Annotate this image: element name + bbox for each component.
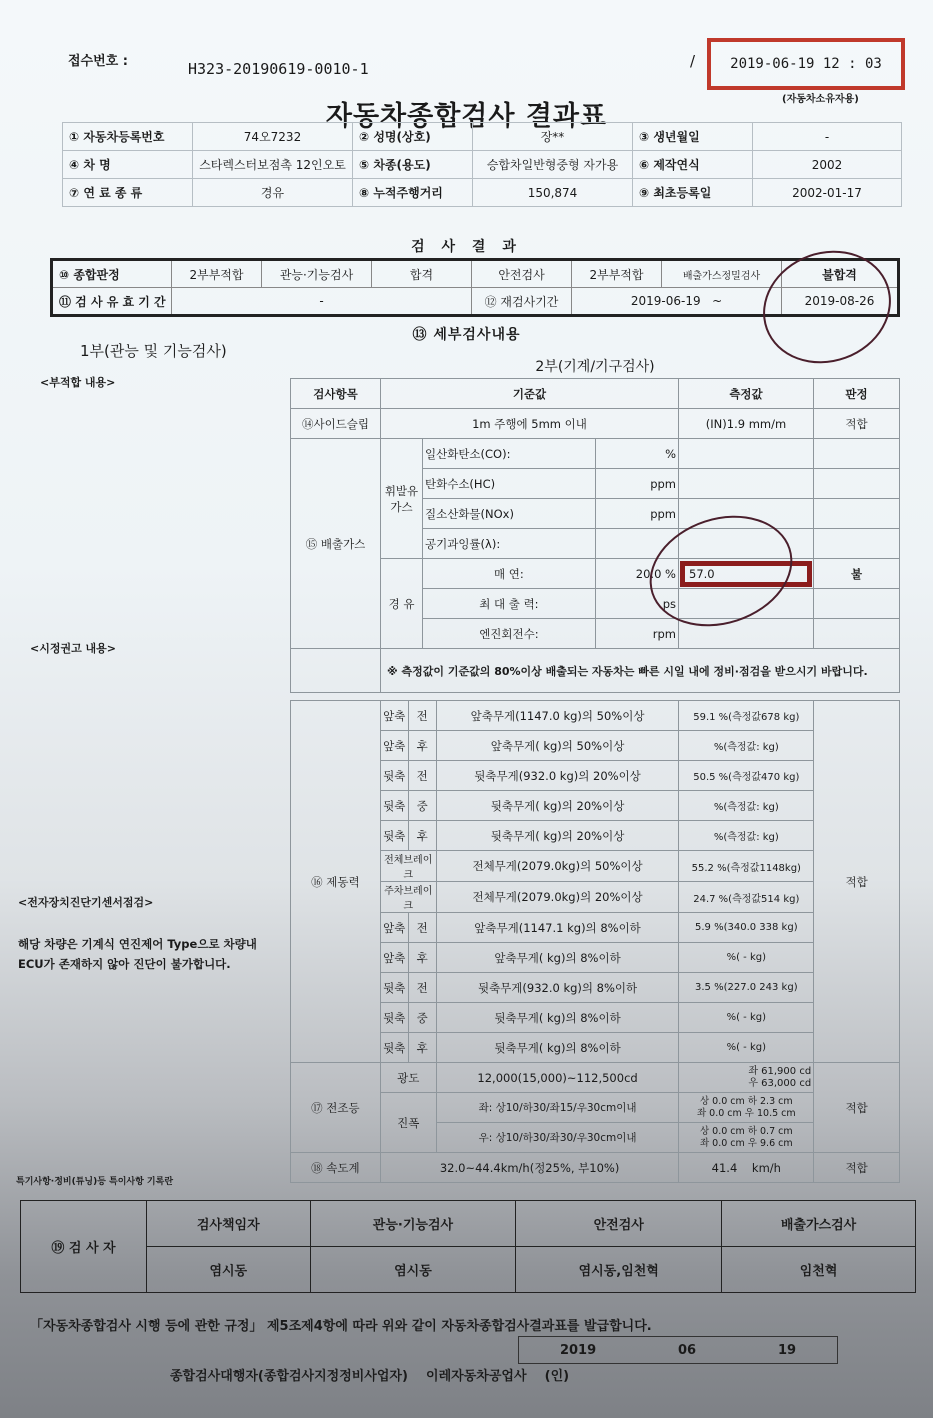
- intensity-standard: 12,000(15,000)~112,500cd: [436, 1063, 679, 1093]
- inspection-result-sheet: 접수번호 : H323-20190619-0010-1 / 2019-06-19…: [0, 0, 933, 1418]
- col-standard: 기준값: [381, 379, 679, 409]
- issue-day: 19: [778, 1343, 796, 1358]
- overall-label: ⑩ 종합판정: [52, 260, 172, 288]
- issuer-title: 종합검사대행자(종합검사지정정비사업자): [170, 1369, 408, 1384]
- part2-inspection-table: 검사항목 기준값 측정값 판정 ⑭사이드슬립 1m 주행에 5mm 이내 (IN…: [290, 378, 900, 693]
- reg-no: 74오7232: [193, 123, 353, 151]
- ecu-text: 해당 차량은 기계식 연진제어 Type으로 차량내 ECU가 존재하지 않아 …: [18, 934, 280, 974]
- inspector-name: 염시동: [147, 1247, 311, 1293]
- reg-no-label: ① 자동차등록번호: [63, 123, 193, 151]
- emission-label: 배출가스정밀검사: [662, 260, 782, 288]
- reinspect-label: ⑫ 재검사기간: [472, 288, 572, 316]
- nonconform-label: <부적합 내용>: [40, 374, 115, 390]
- issue-month: 06: [678, 1343, 696, 1358]
- inspector-name: 염시동: [310, 1247, 516, 1293]
- inspectors-table: ⑲ 검 사 자 검사책임자 관능·기능검사 안전검사 배출가스검사 염시동 염시…: [20, 1200, 916, 1293]
- vehicle-info-table: ① 자동차등록번호 74오7232 ② 성명(상호) 장** ③ 생년월일 - …: [62, 122, 902, 207]
- col-verdict: 판정: [814, 379, 900, 409]
- separator: /: [690, 52, 695, 70]
- side-slip-verdict: 적합: [814, 409, 900, 439]
- speedometer-verdict: 적합: [814, 1153, 900, 1183]
- fuel-label: ⑦ 연 료 종 류: [63, 179, 193, 207]
- seal-mark: (인): [545, 1369, 569, 1384]
- first-reg-label: ⑨ 최초등록일: [633, 179, 753, 207]
- intensity-label: 광도: [380, 1063, 436, 1093]
- diesel-label: 경 유: [381, 559, 423, 649]
- birth: -: [753, 123, 902, 151]
- side-slip-standard: 1m 주행에 5mm 이내: [381, 409, 679, 439]
- speedometer-standard: 32.0~44.4km/h(정25%, 부10%): [380, 1153, 679, 1183]
- first-reg: 2002-01-17: [753, 179, 902, 207]
- receipt-label: 접수번호 :: [68, 50, 128, 69]
- brake-label: ⑯ 제동력: [291, 701, 381, 1063]
- result-section-title: 검 사 결 과: [0, 236, 933, 256]
- receipt-number: H323-20190619-0010-1: [188, 60, 369, 78]
- model-label: ④ 차 명: [63, 151, 193, 179]
- issue-year: 2019: [560, 1343, 596, 1358]
- safety-verdict: 2부부적합: [572, 260, 662, 288]
- aim-left-measured: 상 0.0 cm 하 2.3 cm좌 0.0 cm 우 10.5 cm: [679, 1093, 814, 1123]
- aim-right-measured: 상 0.0 cm 하 0.7 cm좌 0.0 cm 우 9.6 cm: [679, 1123, 814, 1153]
- issue-datetime-highlight: 2019-06-19 12 : 03: [707, 38, 905, 90]
- aim-right-standard: 우: 상10/하30/좌30/우30cm이내: [436, 1123, 679, 1153]
- smoke-verdict: 불: [814, 559, 900, 589]
- functional-label: 관능·기능검사: [262, 260, 372, 288]
- emission-label: ⑮ 배출가스: [291, 439, 381, 649]
- aim-left-standard: 좌: 상10/하30/좌15/우30cm이내: [436, 1093, 679, 1123]
- part1-title: 1부(관능 및 기능검사): [80, 340, 227, 361]
- brake-table: ⑯ 제동력 앞축 전 앞축무게(1147.0 kg)의 50%이상 59.1 %…: [290, 700, 900, 1183]
- validity-label: ⑪ 검 사 유 효 기 간: [52, 288, 172, 316]
- speedometer-measured: 41.4 km/h: [679, 1153, 814, 1183]
- mileage: 150,874: [473, 179, 633, 207]
- issuer: 종합검사대행자(종합검사지정정비사업자) 이레자동차공업사 (인): [170, 1365, 569, 1384]
- smoke-label: 매 연:: [423, 559, 596, 589]
- validity-period: -: [172, 288, 472, 316]
- birth-label: ③ 생년월일: [633, 123, 753, 151]
- intensity-measured: 좌 61,900 cd우 63,000 cd: [679, 1063, 814, 1093]
- brake-verdict: 적합: [814, 701, 900, 1063]
- safety-label: 안전검사: [472, 260, 572, 288]
- vehicle-type: 승합차일반형중형 자가용: [473, 151, 633, 179]
- col-item: 검사항목: [291, 379, 381, 409]
- mileage-label: ⑧ 누적주행거리: [353, 179, 473, 207]
- inspectors-label: ⑲ 검 사 자: [21, 1201, 147, 1293]
- part2-title: 2부(기계/기구검사): [290, 356, 900, 376]
- model-year-label: ⑥ 제작연식: [633, 151, 753, 179]
- owner-name-label: ② 성명(상호): [353, 123, 473, 151]
- issue-datetime: 2019-06-19 12 : 03: [730, 56, 882, 72]
- emission-notice: ※ 측정값이 기준값의 80%이상 배출되는 자동차는 빠른 시일 내에 정비·…: [381, 649, 900, 693]
- model-name: 스타렉스터보점촉 12인오토: [193, 151, 353, 179]
- owner-name: 장**: [473, 123, 633, 151]
- overall-verdict: 2부부적합: [172, 260, 262, 288]
- fuel: 경유: [193, 179, 353, 207]
- vehicle-type-label: ⑤ 차종(용도): [353, 151, 473, 179]
- advice-label: <시정권고 내용>: [30, 640, 116, 656]
- side-slip-label: ⑭사이드슬립: [291, 409, 381, 439]
- issue-date: 2019 06 19: [518, 1336, 838, 1364]
- gasoline-label: 휘발유 가스: [381, 439, 423, 559]
- aim-label: 진폭: [380, 1093, 436, 1153]
- functional-verdict: 합격: [372, 260, 472, 288]
- ecu-label: <전자장치진단기센서점검>: [18, 894, 153, 910]
- speedometer-label: ⑱ 속도계: [291, 1153, 381, 1183]
- inspector-name: 염시동,임천혁: [516, 1247, 722, 1293]
- reinspect-from: 2019-06-19 ~: [572, 288, 782, 316]
- side-slip-measured: (IN)1.9 mm/m: [679, 409, 814, 439]
- headlight-label: ⑰ 전조등: [291, 1063, 381, 1153]
- special-note-label: 특기사항·정비(튜닝)등 특이사항 기록란: [16, 1174, 173, 1187]
- issuer-name: 이레자동차공업사: [426, 1369, 526, 1384]
- model-year: 2002: [753, 151, 902, 179]
- issuance-statement: 「자동차종합검사 시행 등에 관한 규정」 제5조제4항에 따라 위와 같이 자…: [30, 1315, 652, 1334]
- headlight-verdict: 적합: [814, 1063, 900, 1153]
- col-measured: 측정값: [679, 379, 814, 409]
- inspector-name: 임천혁: [722, 1247, 916, 1293]
